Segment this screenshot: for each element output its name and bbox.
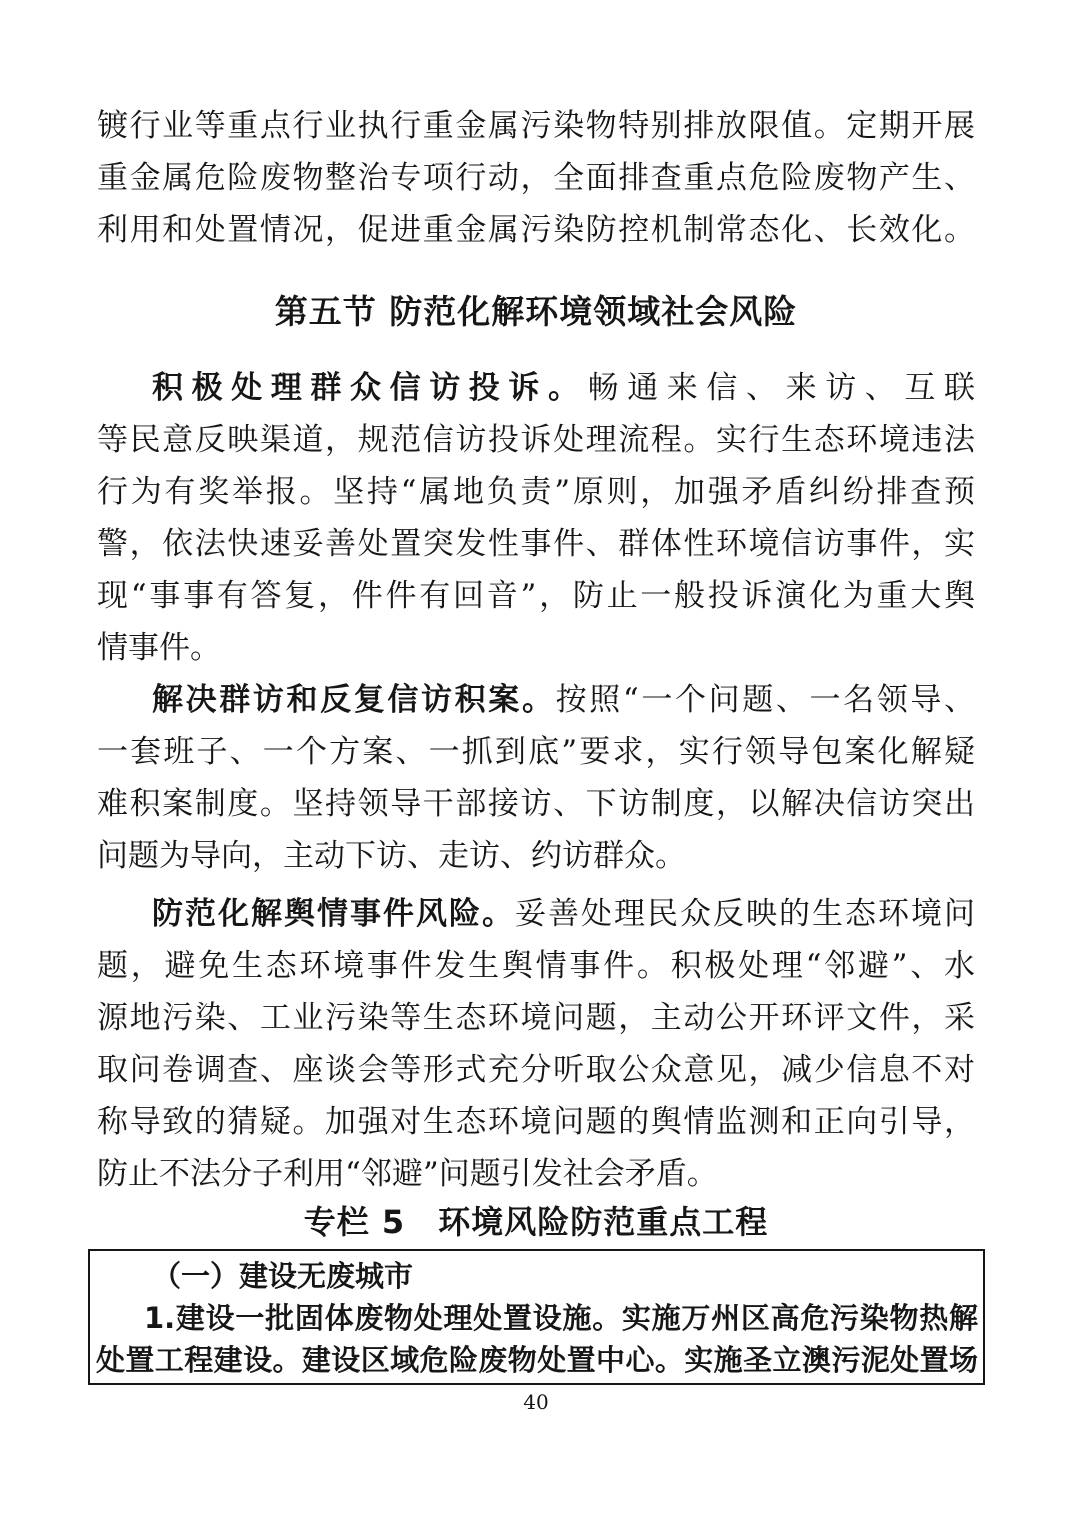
paragraph-line: 解决群访和反复信访积案。按照“一个问题、一名领导、 (97, 674, 975, 726)
column-box-line: 处置工程建设。建设区域危险废物处置中心。实施圣立澳污泥处置场 (96, 1339, 978, 1381)
column-box: （一）建设无废城市 1.建设一批固体废物处理处置设施。实施万州区高危污染物热解 … (88, 1249, 985, 1385)
paragraph-line: 取问卷调查、座谈会等形式充分听取公众意见，减少信息不对 (97, 1044, 975, 1096)
paragraph-line: 称导致的猜疑。加强对生态环境问题的舆情监测和正向引导， (97, 1096, 975, 1148)
paragraph-line: 行为有奖举报。坚持“属地负责”原则，加强矛盾纠纷排查预 (97, 466, 975, 518)
paragraph-lead: 积极处理群众信访投诉。 (152, 370, 588, 406)
paragraph-intro: 镀行业等重点行业执行重金属污染物特别排放限值。定期开展 重金属危险废物整治专项行… (97, 100, 975, 256)
paragraph-line: 题，避免生态环境事件发生舆情事件。积极处理“邻避”、水 (97, 940, 975, 992)
paragraph-public-opinion-risk: 防范化解舆情事件风险。妥善处理民众反映的生态环境问 题，避免生态环境事件发生舆情… (97, 888, 975, 1200)
paragraph-line: 镀行业等重点行业执行重金属污染物特别排放限值。定期开展 (97, 100, 975, 152)
paragraph-line: 现“事事有答复，件件有回音”，防止一般投诉演化为重大舆 (97, 570, 975, 622)
paragraph-line: 警，依法快速妥善处置突发性事件、群体性环境信访事件，实 (97, 518, 975, 570)
paragraph-backlog-cases: 解决群访和反复信访积案。按照“一个问题、一名领导、 一套班子、一个方案、一抓到底… (97, 674, 975, 882)
paragraph-line: 问题为导向，主动下访、走访、约访群众。 (97, 830, 975, 882)
paragraph-lead: 解决群访和反复信访积案。 (152, 682, 556, 718)
paragraph-text: 按照“一个问题、一名领导、 (556, 682, 975, 718)
document-page: 镀行业等重点行业执行重金属污染物特别排放限值。定期开展 重金属危险废物整治专项行… (0, 0, 1074, 1520)
paragraph-text: 妥善处理民众反映的生态环境问 (515, 896, 975, 932)
paragraph-line: 利用和处置情况，促进重金属污染防控机制常态化、长效化。 (97, 204, 975, 256)
paragraph-line: 等民意反映渠道，规范信访投诉处理流程。实行生态环境违法 (97, 414, 975, 466)
column-box-line: （一）建设无废城市 (96, 1255, 978, 1297)
page-content: 镀行业等重点行业执行重金属污染物特别排放限值。定期开展 重金属危险废物整治专项行… (97, 100, 975, 1413)
paragraph-lead: 防范化解舆情事件风险。 (152, 896, 515, 932)
paragraph-line: 情事件。 (97, 622, 975, 674)
paragraph-line: 防范化解舆情事件风险。妥善处理民众反映的生态环境问 (97, 888, 975, 940)
paragraph-line: 一套班子、一个方案、一抓到底”要求，实行领导包案化解疑 (97, 726, 975, 778)
paragraph-line: 难积案制度。坚持领导干部接访、下访制度，以解决信访突出 (97, 778, 975, 830)
column-title: 专栏 5 环境风险防范重点工程 (97, 1200, 975, 1244)
column-box-line: 1.建设一批固体废物处理处置设施。实施万州区高危污染物热解 (96, 1297, 978, 1339)
page-number: 40 (97, 1391, 975, 1413)
paragraph-line: 积极处理群众信访投诉。畅通来信、来访、互联网、“12345” (97, 362, 975, 414)
paragraph-petition-complaints: 积极处理群众信访投诉。畅通来信、来访、互联网、“12345” 等民意反映渠道，规… (97, 362, 975, 674)
paragraph-line: 源地污染、工业污染等生态环境问题，主动公开环评文件，采 (97, 992, 975, 1044)
section-heading: 第五节 防范化解环境领域社会风险 (97, 284, 975, 340)
paragraph-line: 重金属危险废物整治专项行动，全面排查重点危险废物产生、 (97, 152, 975, 204)
paragraph-line: 防止不法分子利用“邻避”问题引发社会矛盾。 (97, 1148, 975, 1200)
